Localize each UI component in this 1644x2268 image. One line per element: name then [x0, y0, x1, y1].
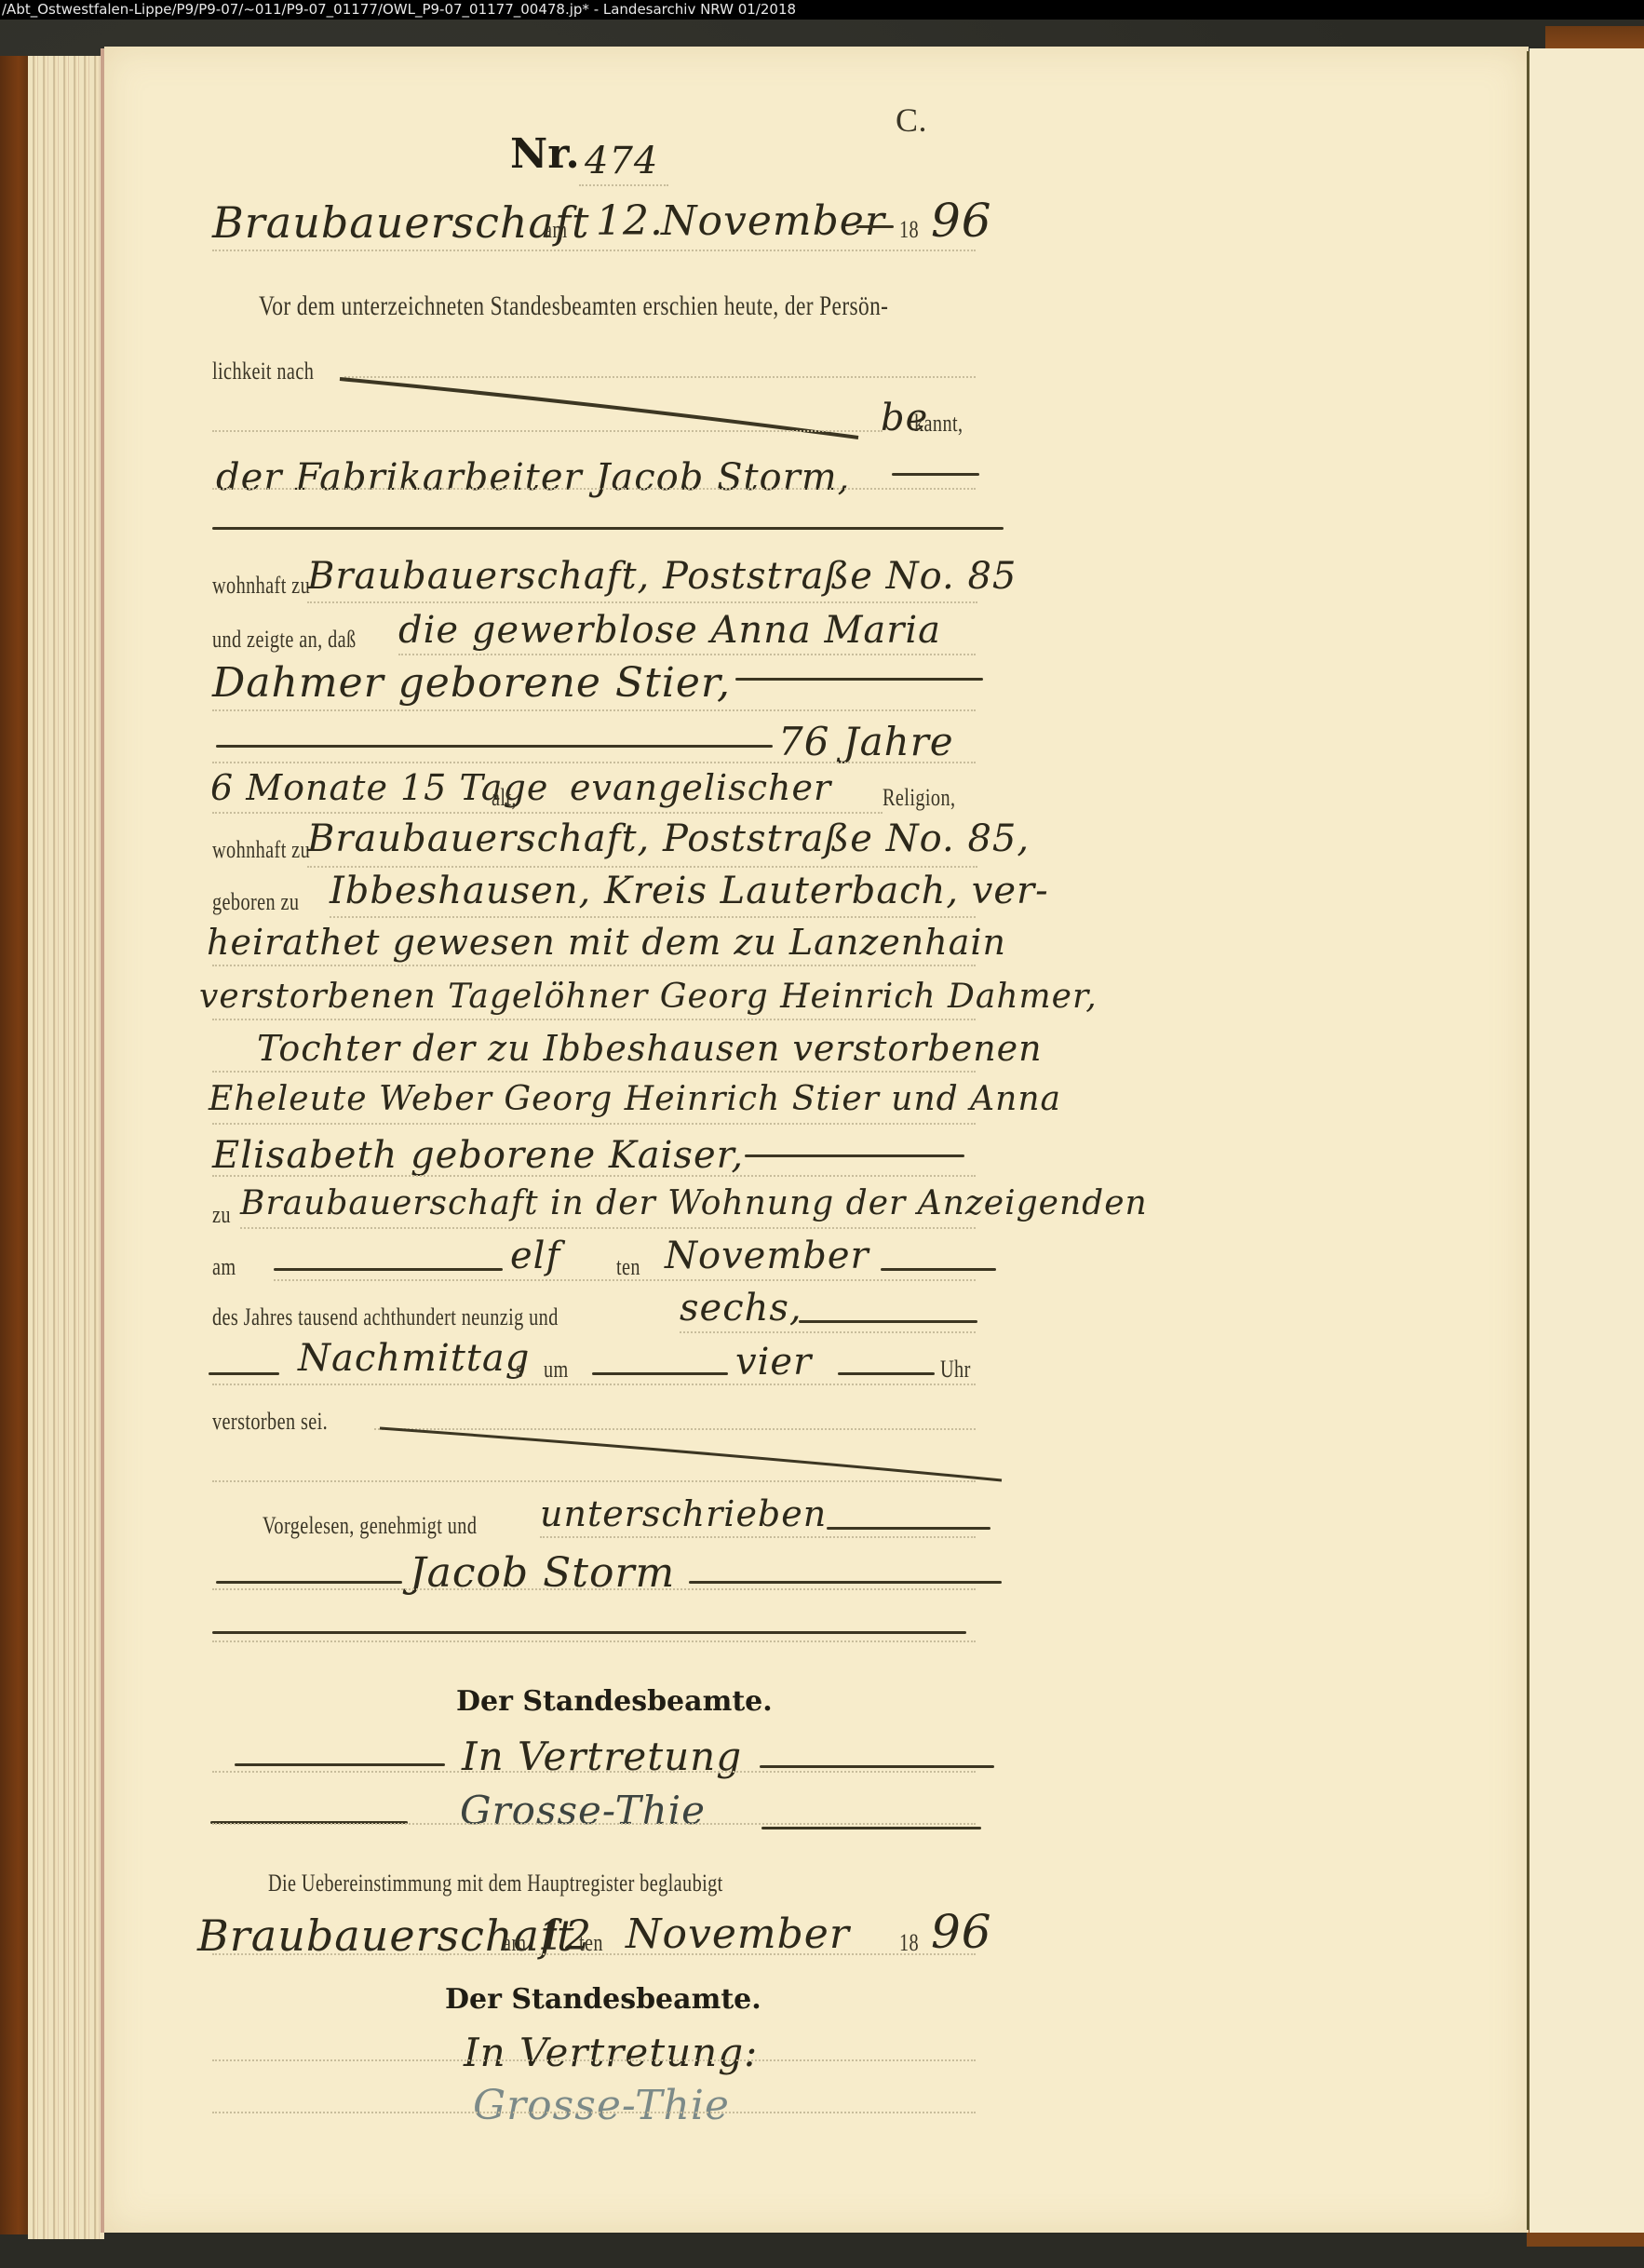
dotted-line: [212, 1771, 976, 1773]
alt-label: alt,: [492, 784, 517, 812]
am-label: am: [544, 216, 568, 244]
dotted-line: [579, 184, 668, 186]
marriage-line1: heirathet gewesen mit dem zu Lanzenhain: [207, 922, 1006, 963]
dotted-line: [212, 2059, 976, 2061]
dotted-line: [680, 1331, 976, 1333]
deceased-residence: Braubauerschaft, Poststraße No. 85,: [307, 817, 1030, 860]
residence: Braubauerschaft, Poststraße No. 85: [307, 555, 1017, 598]
cert-year-suffix: 96: [931, 1905, 992, 1959]
year-prefix: 18: [899, 216, 919, 244]
deceased-residence-label: wohnhaft zu: [212, 836, 310, 864]
record-month: November: [661, 197, 885, 245]
signed-value: unterschrieben: [540, 1493, 827, 1534]
death-day-label: am: [212, 1253, 236, 1281]
born-place: Ibbeshausen, Kreis Lauterbach, ver-: [330, 870, 1049, 912]
dotted-line: [212, 709, 976, 711]
strike-line: [376, 1423, 1009, 1488]
page-stack-edges: [28, 56, 104, 2239]
window-title-bar: /Abt_Ostwestfalen-Lippe/P9/P9-07/~011/P9…: [0, 0, 1644, 20]
filler-rule: [881, 1268, 996, 1271]
dotted-line: [330, 916, 976, 918]
dotted-line: [212, 1480, 976, 1482]
time-of-day: Nachmittag: [298, 1337, 530, 1380]
year-text-label: des Jahres tausend achthundert neunzig u…: [212, 1303, 559, 1331]
registrar-signature-2: Grosse-Thie: [473, 2082, 730, 2129]
filler-rule: [209, 1372, 279, 1375]
uhr-label: Uhr: [940, 1356, 971, 1384]
marriage-line2: verstorbenen Tagelöhner Georg Heinrich D…: [199, 978, 1098, 1016]
year-text-value: sechs,: [680, 1287, 802, 1330]
dotted-line: [398, 654, 976, 655]
dotted-line: [212, 1175, 976, 1177]
filler-rule: [216, 745, 773, 748]
dotted-line: [212, 762, 976, 763]
filler-rule: [274, 1268, 503, 1271]
registrar-title-2: Der Standesbeamte.: [445, 1983, 761, 2016]
separator-rule: [212, 527, 1004, 530]
dotted-line: [212, 2112, 976, 2113]
religion: evangelischer: [570, 767, 831, 808]
report-label: und zeigte an, daß: [212, 626, 357, 654]
dotted-line: [212, 812, 883, 814]
filler-rule: [212, 1631, 966, 1634]
residence-label: wohnhaft zu: [212, 572, 310, 600]
dotted-line: [212, 1640, 976, 1642]
record-place: Braubauerschaft: [212, 197, 589, 248]
dotted-line: [212, 1823, 976, 1825]
registrar-signature-1: Grosse-Thie: [460, 1788, 706, 1833]
filler-rule: [689, 1581, 1002, 1584]
filler-rule: [592, 1372, 728, 1375]
cert-month: November: [626, 1910, 850, 1958]
filler-rule: [827, 1527, 990, 1530]
dotted-line: [274, 1279, 976, 1281]
identity-label: lichkeit nach: [212, 358, 314, 385]
hour: vier: [735, 1341, 812, 1384]
died-label: verstorben sei.: [212, 1408, 328, 1436]
born-label: geboren zu: [212, 888, 299, 916]
dotted-line: [307, 601, 977, 603]
death-place-label: zu: [212, 1201, 231, 1229]
filler-rule: [216, 1581, 402, 1584]
filler-rule: [892, 473, 979, 476]
death-month: November: [665, 1235, 869, 1277]
parents-line3: Elisabeth geborene Kaiser,: [212, 1134, 744, 1177]
record-number-value: 474: [585, 140, 658, 182]
window-title: /Abt_Ostwestfalen-Lippe/P9/P9-07/~011/P9…: [2, 1, 796, 18]
um-label: um: [544, 1356, 569, 1384]
dotted-line: [212, 1953, 976, 1955]
dotted-line: [212, 250, 976, 251]
section-mark: C.: [896, 101, 927, 140]
religion-label: Religion,: [883, 784, 955, 812]
s-label: s: [516, 1356, 523, 1384]
dotted-line: [212, 1384, 976, 1385]
certification-text: Die Uebereinstimmung mit dem Hauptregist…: [268, 1870, 723, 1897]
read-label: Vorgelesen, genehmigt und: [263, 1512, 477, 1540]
filler-rule: [760, 1765, 994, 1768]
filler-rule: [799, 1320, 977, 1323]
dotted-line: [307, 866, 977, 868]
dotted-line: [212, 430, 883, 432]
registrar-title: Der Standesbeamte.: [456, 1685, 773, 1718]
year-suffix: 96: [931, 194, 992, 248]
dotted-line: [212, 488, 976, 490]
bekannt-printed: kannt,: [914, 410, 963, 438]
filler-rule: [838, 1372, 935, 1375]
declarant: der Fabrikarbeiter Jacob Storm,: [216, 456, 850, 499]
filler-rule: [856, 225, 894, 228]
filler-rule: [735, 678, 983, 681]
age-years: 76 Jahre: [778, 719, 954, 764]
intro-text: Vor dem unterzeichneten Standesbeamten e…: [259, 290, 888, 322]
death-day: elf: [510, 1235, 560, 1277]
filler-rule: [761, 1827, 981, 1829]
facing-page: [1529, 48, 1644, 2233]
parents-line2: Eheleute Weber Georg Heinrich Stier und …: [209, 1080, 1061, 1118]
filler-rule: [745, 1154, 964, 1157]
filler-rule: [235, 1763, 445, 1766]
parents-line1: Tochter der zu Ibbeshausen verstorbenen: [257, 1028, 1043, 1069]
dotted-line: [212, 965, 976, 966]
record-day: 12.: [596, 197, 664, 245]
deceased-line1: die gewerblose Anna Maria: [398, 609, 941, 652]
deputy-label-2: In Vertretung:: [464, 2030, 758, 2075]
deceased-line2: Dahmer geborene Stier,: [212, 659, 731, 707]
dotted-line: [540, 1536, 976, 1538]
death-place: Braubauerschaft in der Wohnung der Anzei…: [240, 1184, 1148, 1222]
dotted-line: [212, 1123, 976, 1125]
dotted-line: [212, 1019, 976, 1020]
dotted-line: [240, 1227, 976, 1229]
record-number-label: Nr.: [510, 130, 580, 178]
dotted-line: [212, 1588, 976, 1590]
ten-label: ten: [616, 1253, 640, 1281]
dotted-line: [212, 1071, 976, 1073]
